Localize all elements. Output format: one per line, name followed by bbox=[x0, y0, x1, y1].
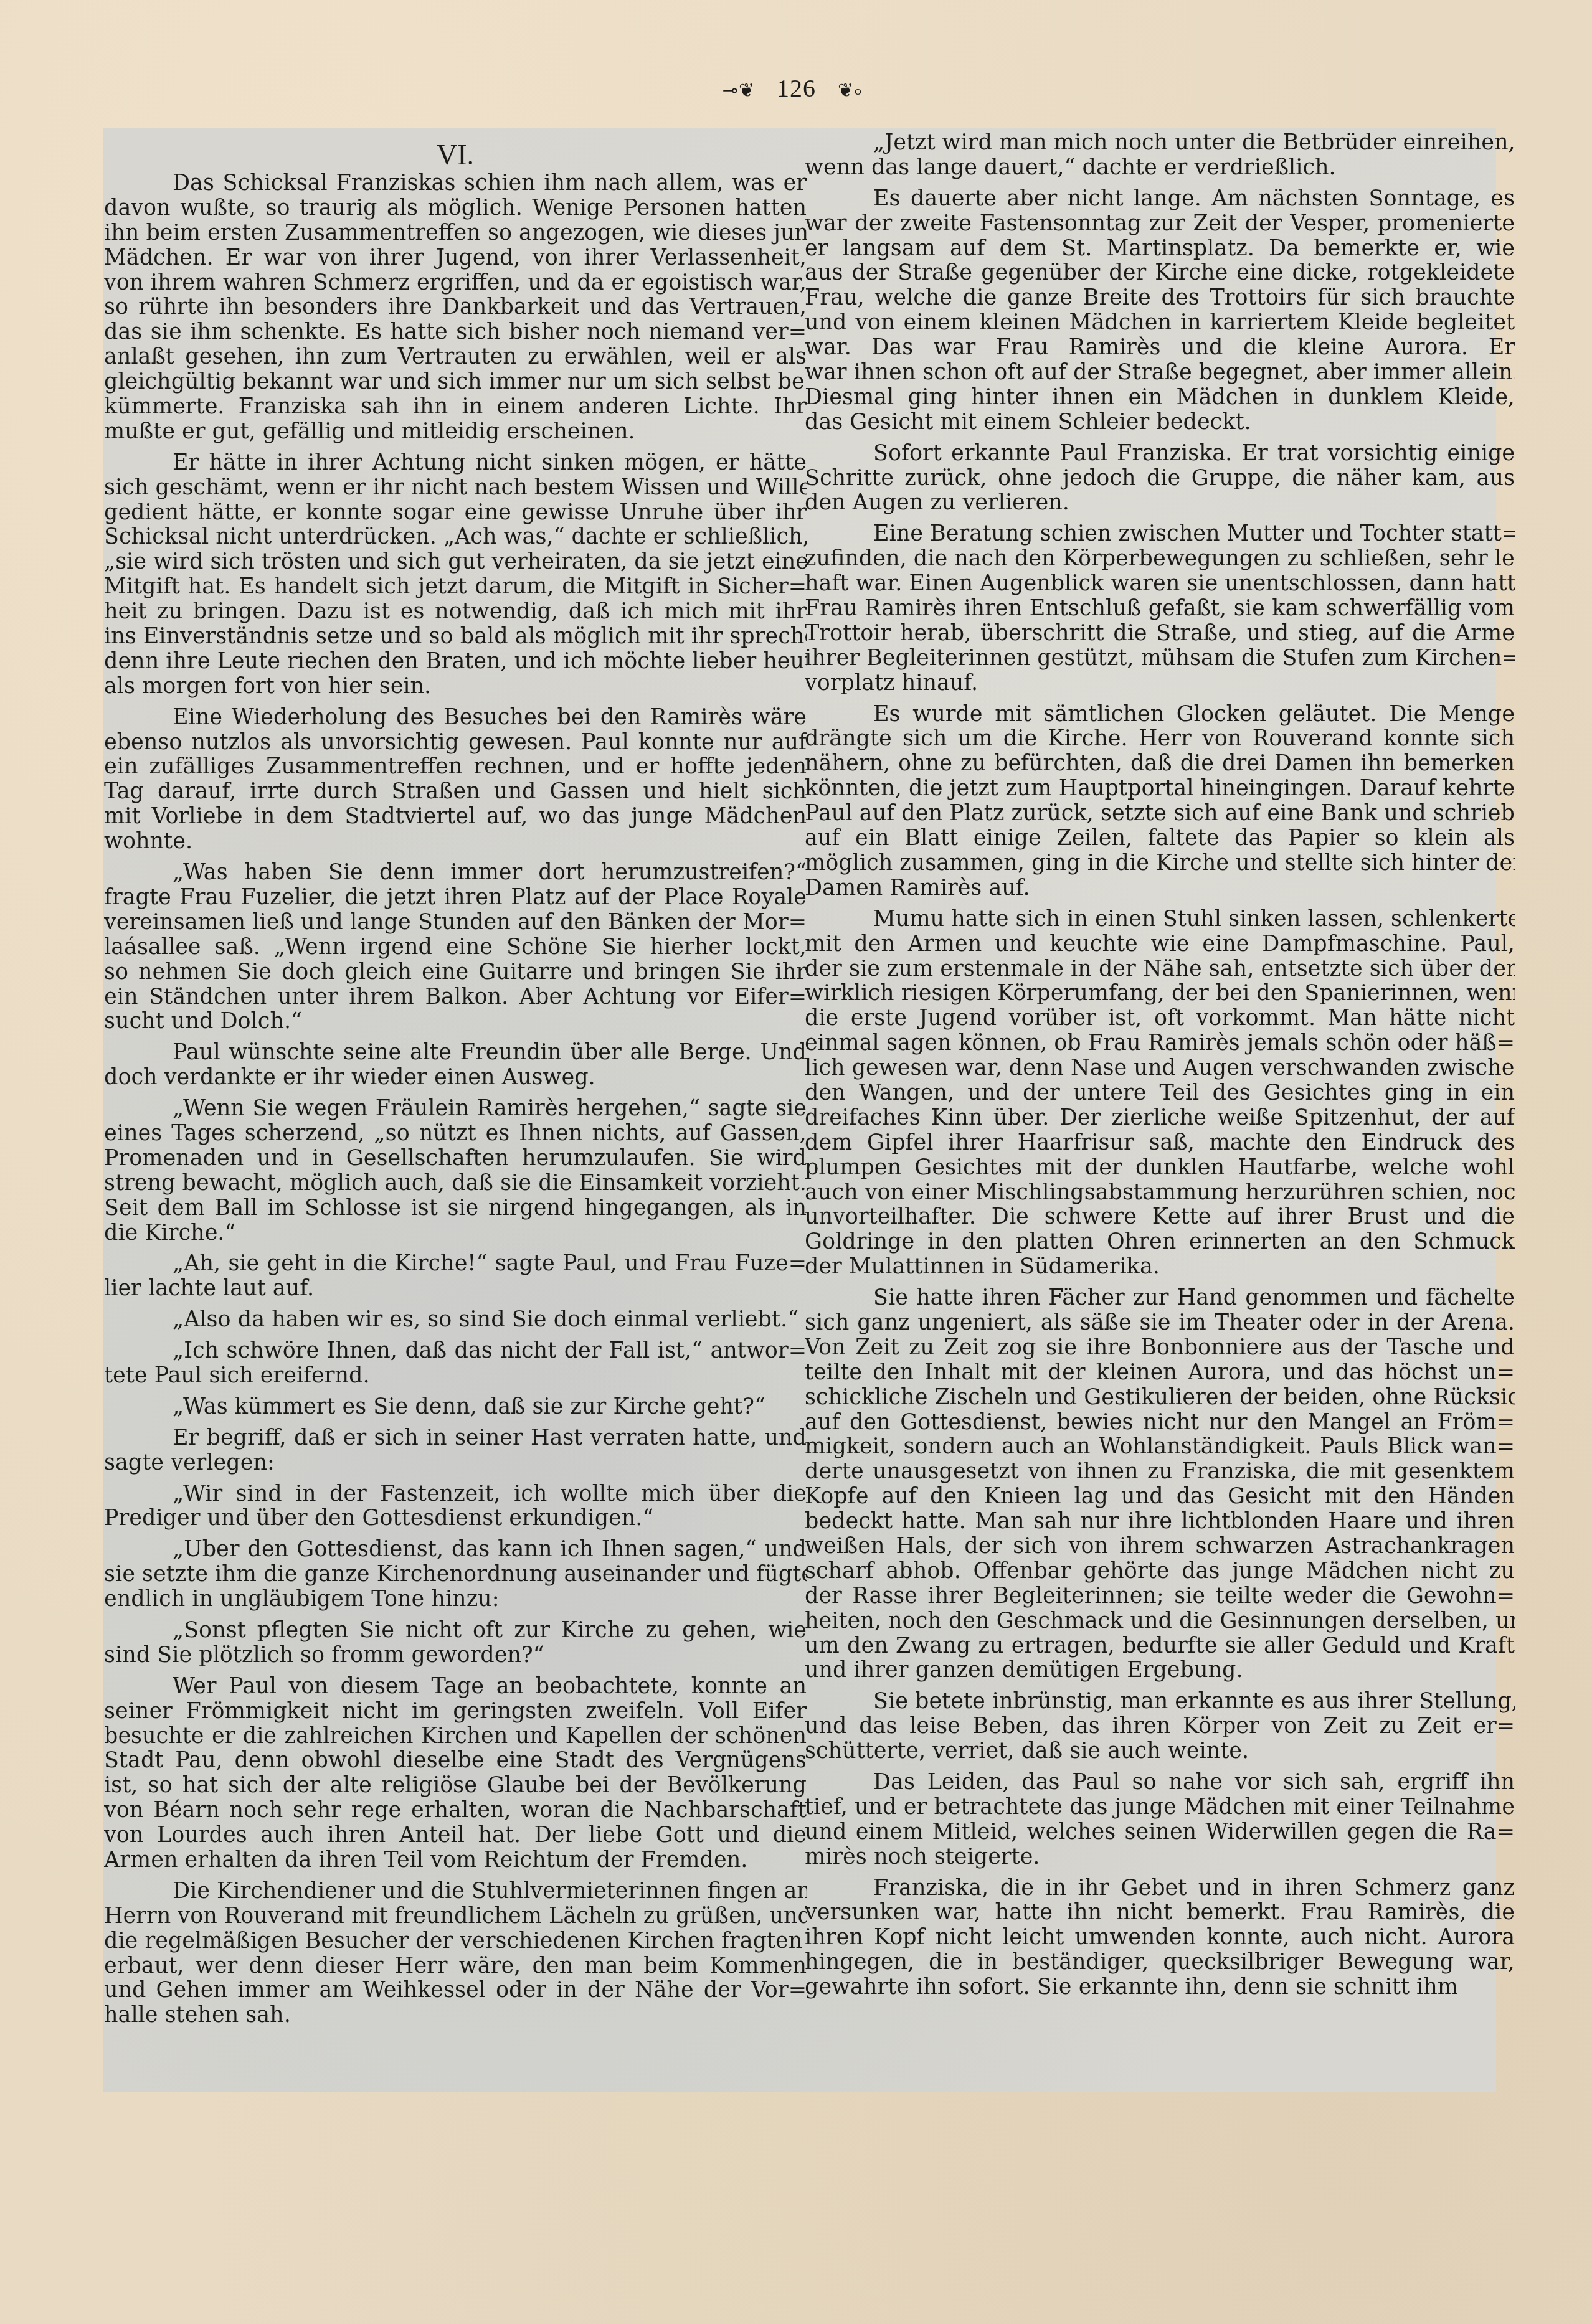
text-line: Stadt Pau, denn obwohl dieselbe eine Sta… bbox=[104, 1749, 807, 1774]
text-line: sie setzte ihm die ganze Kirchenordnung … bbox=[104, 1562, 807, 1587]
text-line: halle stehen sah. bbox=[104, 2003, 807, 2028]
text-line: nähern, ohne zu befürchten, daß die drei… bbox=[805, 752, 1515, 777]
paragraph-spacer bbox=[104, 1420, 807, 1426]
paragraph: Sie hatte ihren Fächer zur Hand genommen… bbox=[805, 1286, 1515, 1683]
paragraph: „Wir sind in der Fastenzeit, ich wollte … bbox=[104, 1482, 807, 1532]
text-line: war der zweite Fastensonntag zur Zeit de… bbox=[805, 212, 1515, 237]
text-line: ins Einverständnis setze und so bald als… bbox=[104, 625, 807, 649]
text-line: mit Vorliebe in dem Stadtviertel auf, wo… bbox=[104, 805, 807, 829]
paragraph: „Ich schwöre Ihnen, daß das nicht der Fa… bbox=[104, 1339, 807, 1389]
text-line: Eine Beratung schien zwischen Mutter und… bbox=[805, 522, 1515, 547]
ornament-left-icon: ⊸❦ bbox=[723, 80, 755, 102]
paragraph: „Was haben Sie denn immer dort herumzust… bbox=[104, 861, 807, 1034]
text-line: auf ein Blatt einige Zeilen, faltete das… bbox=[805, 826, 1515, 851]
text-line: denn ihre Leute riechen den Braten, und … bbox=[104, 649, 807, 674]
text-line: Tag darauf, irrte durch Straßen und Gass… bbox=[104, 780, 807, 805]
text-line: schütterte, verriet, daß sie auch weinte… bbox=[805, 1739, 1515, 1764]
text-line: fragte Frau Fuzelier, die jetzt ihren Pl… bbox=[104, 886, 807, 910]
text-line: sich ganz ungeniert, als säße sie im The… bbox=[805, 1311, 1515, 1336]
text-line: ihn beim ersten Zusammentreffen so angez… bbox=[104, 221, 807, 246]
paragraph-spacer bbox=[805, 1764, 1515, 1770]
text-line: Paul auf den Platz zurück, setzte sich a… bbox=[805, 801, 1515, 826]
text-line: mirès noch steigerte. bbox=[805, 1845, 1515, 1870]
paragraph: „Über den Gottesdienst, das kann ich Ihn… bbox=[104, 1538, 807, 1612]
text-line: vereinsamen ließ und lange Stunden auf d… bbox=[104, 910, 807, 935]
text-line: Frau Ramirès ihren Entschluß gefaßt, sie… bbox=[805, 597, 1515, 621]
paragraph-spacer bbox=[104, 1668, 807, 1675]
text-line: Mitgift hat. Es handelt sich jetzt darum… bbox=[104, 575, 807, 600]
text-line: Die Kirchendiener und die Stuhlvermieter… bbox=[104, 1879, 807, 1904]
text-line: schickliche Zischeln und Gestikulieren d… bbox=[805, 1386, 1515, 1410]
text-line: haft war. Einen Augenblick waren sie une… bbox=[805, 572, 1515, 597]
paragraph-spacer bbox=[805, 516, 1515, 522]
text-line: „Also da haben wir es, so sind Sie doch … bbox=[104, 1308, 807, 1333]
text-line: „Über den Gottesdienst, das kann ich Ihn… bbox=[104, 1538, 807, 1562]
text-line: das sie ihm schenkte. Es hatte sich bish… bbox=[104, 320, 807, 345]
paragraph-spacer bbox=[104, 2028, 807, 2034]
paragraph-spacer bbox=[104, 854, 807, 861]
ornament-right-icon: ❦⟜ bbox=[838, 80, 869, 102]
text-line: wenn das lange dauert,“ dachte er verdri… bbox=[805, 156, 1515, 181]
text-line: die erste Jugend vorüber ist, oft vorkom… bbox=[805, 1006, 1515, 1031]
left-column: VI. Das Schicksal Franziskas schien ihm … bbox=[104, 128, 807, 2034]
text-line: dem Gipfel ihrer Haarfrisur saß, machte … bbox=[805, 1131, 1515, 1156]
text-line: eines Tages scherzend, „so nützt es Ihne… bbox=[104, 1122, 807, 1146]
paragraph: Die Kirchendiener und die Stuhlvermieter… bbox=[104, 1879, 807, 2028]
text-line: wohnte. bbox=[104, 829, 807, 854]
paragraph-spacer bbox=[805, 1280, 1515, 1286]
text-line: Das Schicksal Franziskas schien ihm nach… bbox=[104, 171, 807, 196]
text-line: Mumu hatte sich in einen Stuhl sinken la… bbox=[805, 907, 1515, 932]
text-line: Promenaden und in Gesellschaften herumzu… bbox=[104, 1146, 807, 1171]
text-line: und von einem kleinen Mädchen in karrier… bbox=[805, 311, 1515, 336]
text-line: mit den Armen und keuchte wie eine Dampf… bbox=[805, 932, 1515, 957]
right-column: „Jetzt wird man mich noch unter die Betb… bbox=[805, 131, 1515, 2006]
text-line: von Béarn noch sehr rege erhalten, woran… bbox=[104, 1798, 807, 1823]
text-line: Er hätte in ihrer Achtung nicht sinken m… bbox=[104, 451, 807, 476]
text-line: die regelmäßigen Besucher der verschiede… bbox=[104, 1929, 807, 1954]
text-line: Paul wünschte seine alte Freundin über a… bbox=[104, 1041, 807, 1065]
text-line: Frau, welche die ganze Breite des Trotto… bbox=[805, 286, 1515, 311]
text-line: Schicksal nicht unterdrücken. „Ach was,“… bbox=[104, 525, 807, 550]
text-line: und das leise Beben, das ihren Körper vo… bbox=[805, 1714, 1515, 1739]
paragraph: Wer Paul von diesem Tage an beobachtete,… bbox=[104, 1675, 807, 1873]
text-line: den Augen zu verlieren. bbox=[805, 491, 1515, 516]
text-line: die Kirche.“ bbox=[104, 1221, 807, 1246]
text-line: der Mulattinnen in Südamerika. bbox=[805, 1255, 1515, 1280]
paragraph: Franziska, die in ihr Gebet und in ihren… bbox=[805, 1876, 1515, 2000]
text-line: davon wußte, so traurig als möglich. Wen… bbox=[104, 196, 807, 221]
text-line: tete Paul sich ereifernd. bbox=[104, 1364, 807, 1389]
text-line: teilte den Inhalt mit der kleinen Aurora… bbox=[805, 1361, 1515, 1386]
text-line: Wer Paul von diesem Tage an beobachtete,… bbox=[104, 1675, 807, 1699]
chapter-heading: VI. bbox=[104, 140, 807, 169]
text-line: bedeckt hatte. Man sah nur ihre lichtblo… bbox=[805, 1509, 1515, 1534]
text-line: Mädchen. Er war von ihrer Jugend, von ih… bbox=[104, 246, 807, 271]
text-line: ihrer Begleiterinnen gestützt, mühsam di… bbox=[805, 646, 1515, 671]
text-line: war. Das war Frau Ramirès und die kleine… bbox=[805, 336, 1515, 361]
paragraph: Das Leiden, das Paul so nahe vor sich sa… bbox=[805, 1770, 1515, 1870]
text-line: zufinden, die nach den Körperbewegungen … bbox=[805, 547, 1515, 572]
text-line: Sie betete inbrünstig, man erkannte es a… bbox=[805, 1689, 1515, 1714]
text-line: der Rasse ihrer Begleiterinnen; sie teil… bbox=[805, 1584, 1515, 1609]
text-line: er langsam auf dem St. Martinsplatz. Da … bbox=[805, 237, 1515, 262]
text-line: dreifaches Kinn über. Der zierliche weiß… bbox=[805, 1106, 1515, 1131]
paragraph-spacer bbox=[104, 1034, 807, 1041]
text-line: Goldringe in den platten Ohren erinnerte… bbox=[805, 1230, 1515, 1255]
text-line: und einem Mitleid, welches seinen Widerw… bbox=[805, 1820, 1515, 1845]
text-line: laásallee saß. „Wenn irgend eine Schöne … bbox=[104, 935, 807, 960]
paragraph: Es wurde mit sämtlichen Glocken geläutet… bbox=[805, 702, 1515, 901]
text-line: möglich zusammen, ging in die Kirche und… bbox=[805, 851, 1515, 876]
text-line: „Was haben Sie denn immer dort herumzust… bbox=[104, 861, 807, 886]
paragraph: Mumu hatte sich in einen Stuhl sinken la… bbox=[805, 907, 1515, 1280]
paragraph-spacer bbox=[104, 1333, 807, 1339]
text-line: lier lachte laut auf. bbox=[104, 1277, 807, 1301]
text-line: drängte sich um die Kirche. Herr von Rou… bbox=[805, 727, 1515, 752]
text-line: migkeit, sondern auch an Wohlanständigke… bbox=[805, 1435, 1515, 1460]
text-line: vorplatz hinauf. bbox=[805, 671, 1515, 696]
text-line: Es dauerte aber nicht lange. Am nächsten… bbox=[805, 187, 1515, 212]
text-line: ihren Kopf nicht leicht umwenden konnte,… bbox=[805, 1925, 1515, 1950]
paragraph-spacer bbox=[104, 1245, 807, 1252]
text-line: „Wenn Sie wegen Fräulein Ramirès hergehe… bbox=[104, 1097, 807, 1122]
paragraph: „Was kümmert es Sie denn, daß sie zur Ki… bbox=[104, 1395, 807, 1420]
page-header: ⊸❦ 126 ❦⟜ bbox=[0, 73, 1592, 103]
text-line: den Wangen, und der untere Teil des Gesi… bbox=[805, 1081, 1515, 1106]
text-line: lich gewesen war, denn Nase und Augen ve… bbox=[805, 1056, 1515, 1081]
text-line: so rührte ihn besonders ihre Dankbarkeit… bbox=[104, 295, 807, 320]
text-line: Herrn von Rouverand mit freundlichem Läc… bbox=[104, 1904, 807, 1929]
text-line: sich geschämt, wenn er ihr nicht nach be… bbox=[104, 476, 807, 501]
text-line: und ihrer ganzen demütigen Ergebung. bbox=[805, 1658, 1515, 1683]
text-line: Sofort erkannte Paul Franziska. Er trat … bbox=[805, 442, 1515, 466]
text-line: streng bewacht, möglich auch, daß sie di… bbox=[104, 1171, 807, 1196]
paragraph-spacer bbox=[805, 1683, 1515, 1689]
text-line: anlaßt gesehen, ihn zum Vertrauten zu er… bbox=[104, 345, 807, 370]
paragraph-spacer bbox=[104, 699, 807, 706]
paragraph: Sofort erkannte Paul Franziska. Er trat … bbox=[805, 442, 1515, 516]
text-line: könnten, die jetzt zum Hauptportal hinei… bbox=[805, 777, 1515, 801]
text-line: scharf abhob. Offenbar gehörte das junge… bbox=[805, 1559, 1515, 1584]
paragraph: Eine Wiederholung des Besuches bei den R… bbox=[104, 706, 807, 854]
text-line: auch von einer Mischlingsabstammung herz… bbox=[805, 1181, 1515, 1206]
paragraph-spacer bbox=[104, 1612, 807, 1618]
text-line: Armen erhalten da ihren Teil vom Reichtu… bbox=[104, 1848, 807, 1873]
paragraph: „Wenn Sie wegen Fräulein Ramirès hergehe… bbox=[104, 1097, 807, 1245]
paragraph-spacer bbox=[104, 1531, 807, 1538]
text-line: endlich in ungläubigem Tone hinzu: bbox=[104, 1587, 807, 1612]
paragraph-spacer bbox=[805, 1870, 1515, 1876]
text-line: erbaut, wer denn dieser Herr wäre, den m… bbox=[104, 1954, 807, 1979]
paragraph: „Jetzt wird man mich noch unter die Betb… bbox=[805, 131, 1515, 181]
paragraph-spacer bbox=[104, 1090, 807, 1097]
text-line: so nehmen Sie doch gleich eine Guitarre … bbox=[104, 960, 807, 985]
text-line: Diesmal ging hinter ihnen ein Mädchen in… bbox=[805, 385, 1515, 410]
text-line: Franziska, die in ihr Gebet und in ihren… bbox=[805, 1876, 1515, 1901]
text-line: Eine Wiederholung des Besuches bei den R… bbox=[104, 706, 807, 730]
text-line: doch verdankte er ihr wieder einen Auswe… bbox=[104, 1065, 807, 1090]
text-line: seiner Frömmigkeit nicht im geringsten z… bbox=[104, 1699, 807, 1724]
paragraph-spacer bbox=[805, 435, 1515, 442]
text-line: sucht und Dolch.“ bbox=[104, 1009, 807, 1034]
text-line: Seit dem Ball im Schlosse ist sie nirgen… bbox=[104, 1196, 807, 1221]
paragraph-spacer bbox=[104, 1301, 807, 1308]
text-line: „Ich schwöre Ihnen, daß das nicht der Fa… bbox=[104, 1339, 807, 1364]
text-line: mußte er gut, gefällig und mitleidig ers… bbox=[104, 420, 807, 445]
text-line: gewahrte ihn sofort. Sie erkannte ihn, d… bbox=[805, 1975, 1515, 2000]
text-line: „sie wird sich trösten und sich gut verh… bbox=[104, 550, 807, 575]
paragraph: „Ah, sie geht in die Kirche!“ sagte Paul… bbox=[104, 1252, 807, 1301]
text-line: Sie hatte ihren Fächer zur Hand genommen… bbox=[805, 1286, 1515, 1311]
paragraph-spacer bbox=[805, 181, 1515, 187]
text-line: „Wir sind in der Fastenzeit, ich wollte … bbox=[104, 1482, 807, 1507]
paragraph: Sie betete inbrünstig, man erkannte es a… bbox=[805, 1689, 1515, 1764]
text-line: das Gesicht mit einem Schleier bedeckt. bbox=[805, 410, 1515, 435]
paragraph: Das Schicksal Franziskas schien ihm nach… bbox=[104, 171, 807, 445]
paragraph: „Also da haben wir es, so sind Sie doch … bbox=[104, 1308, 807, 1333]
paragraph-spacer bbox=[104, 445, 807, 451]
text-line: ein Ständchen unter ihrem Balkon. Aber A… bbox=[104, 985, 807, 1010]
text-line: um den Zwang zu ertragen, bedurfte sie a… bbox=[805, 1634, 1515, 1659]
paragraph: Eine Beratung schien zwischen Mutter und… bbox=[805, 522, 1515, 696]
text-line: „Sonst pflegten Sie nicht oft zur Kirche… bbox=[104, 1618, 807, 1643]
paragraph: „Sonst pflegten Sie nicht oft zur Kirche… bbox=[104, 1618, 807, 1668]
text-line: als morgen fort von hier sein. bbox=[104, 674, 807, 699]
paragraph-spacer bbox=[805, 901, 1515, 907]
text-line: Schritte zurück, ohne jedoch die Gruppe,… bbox=[805, 466, 1515, 491]
text-line: wirklich riesigen Körperumfang, der bei … bbox=[805, 981, 1515, 1006]
text-line: hingegen, die in beständiger, quecksilbr… bbox=[805, 1950, 1515, 1975]
paragraph: Es dauerte aber nicht lange. Am nächsten… bbox=[805, 187, 1515, 435]
text-line: war ihnen schon oft auf der Straße begeg… bbox=[805, 361, 1515, 385]
text-line: Trottoir herab, überschritt die Straße, … bbox=[805, 621, 1515, 646]
paragraph: Er hätte in ihrer Achtung nicht sinken m… bbox=[104, 451, 807, 699]
text-line: Damen Ramirès auf. bbox=[805, 876, 1515, 901]
text-line: Von Zeit zu Zeit zog sie ihre Bonbonnier… bbox=[805, 1336, 1515, 1361]
text-line: einmal sagen können, ob Frau Ramirès jem… bbox=[805, 1031, 1515, 1056]
text-line: derte unausgesetzt von ihnen zu Franzisk… bbox=[805, 1460, 1515, 1485]
text-line: kümmerte. Franziska sah ihn in einem and… bbox=[104, 395, 807, 420]
paragraph-spacer bbox=[805, 2000, 1515, 2006]
text-line: tief, und er betrachtete das junge Mädch… bbox=[805, 1795, 1515, 1820]
text-line: Er begriff, daß er sich in seiner Hast v… bbox=[104, 1426, 807, 1451]
text-line: gleichgültig bekannt war und sich immer … bbox=[104, 370, 807, 395]
text-line: Kopfe auf den Knieen lag und das Gesicht… bbox=[805, 1485, 1515, 1509]
paragraph-spacer bbox=[104, 1389, 807, 1395]
text-line: heit zu bringen. Dazu ist es notwendig, … bbox=[104, 600, 807, 625]
text-line: weißen Hals, der sich von ihrem schwarze… bbox=[805, 1534, 1515, 1559]
text-line: Das Leiden, das Paul so nahe vor sich sa… bbox=[805, 1770, 1515, 1795]
text-line: und Gehen immer am Weihkessel oder in de… bbox=[104, 1978, 807, 2003]
paragraph: Er begriff, daß er sich in seiner Hast v… bbox=[104, 1426, 807, 1476]
page-number: 126 bbox=[777, 74, 816, 102]
text-line: ist, so hat sich der alte religiöse Glau… bbox=[104, 1774, 807, 1798]
text-line: gedient hätte, er konnte sogar eine gewi… bbox=[104, 501, 807, 526]
text-line: von Lourdes auch ihren Anteil hat. Der l… bbox=[104, 1823, 807, 1848]
text-line: sagte verlegen: bbox=[104, 1451, 807, 1476]
text-line: „Jetzt wird man mich noch unter die Betb… bbox=[805, 131, 1515, 156]
text-line: von ihrem wahren Schmerz ergriffen, und … bbox=[104, 271, 807, 296]
text-line: Es wurde mit sämtlichen Glocken geläutet… bbox=[805, 702, 1515, 727]
text-line: Prediger und über den Gottesdienst erkun… bbox=[104, 1506, 807, 1531]
text-line: der sie zum erstenmale in der Nähe sah, … bbox=[805, 957, 1515, 982]
text-line: unvorteilhafter. Die schwere Kette auf i… bbox=[805, 1205, 1515, 1230]
paragraph: Paul wünschte seine alte Freundin über a… bbox=[104, 1041, 807, 1090]
text-line: ein zufälliges Zusammentreffen rechnen, … bbox=[104, 755, 807, 780]
text-line: versunken war, hatte ihn nicht bemerkt. … bbox=[805, 1901, 1515, 1925]
paragraph-spacer bbox=[104, 1476, 807, 1482]
text-line: besuchte er die zahlreichen Kirchen und … bbox=[104, 1724, 807, 1749]
text-line: „Was kümmert es Sie denn, daß sie zur Ki… bbox=[104, 1395, 807, 1420]
text-line: plumpen Gesichtes mit der dunklen Hautfa… bbox=[805, 1156, 1515, 1181]
paragraph-spacer bbox=[805, 696, 1515, 702]
text-line: ebenso nutzlos als unvorsichtig gewesen.… bbox=[104, 730, 807, 755]
text-line: aus der Straße gegenüber der Kirche eine… bbox=[805, 261, 1515, 286]
text-line: auf den Gottesdienst, bewies nicht nur d… bbox=[805, 1410, 1515, 1435]
text-line: sind Sie plötzlich so fromm geworden?“ bbox=[104, 1643, 807, 1668]
text-line: heiten, noch den Geschmack und die Gesin… bbox=[805, 1609, 1515, 1634]
paragraph-spacer bbox=[104, 1873, 807, 1879]
text-line: „Ah, sie geht in die Kirche!“ sagte Paul… bbox=[104, 1252, 807, 1277]
